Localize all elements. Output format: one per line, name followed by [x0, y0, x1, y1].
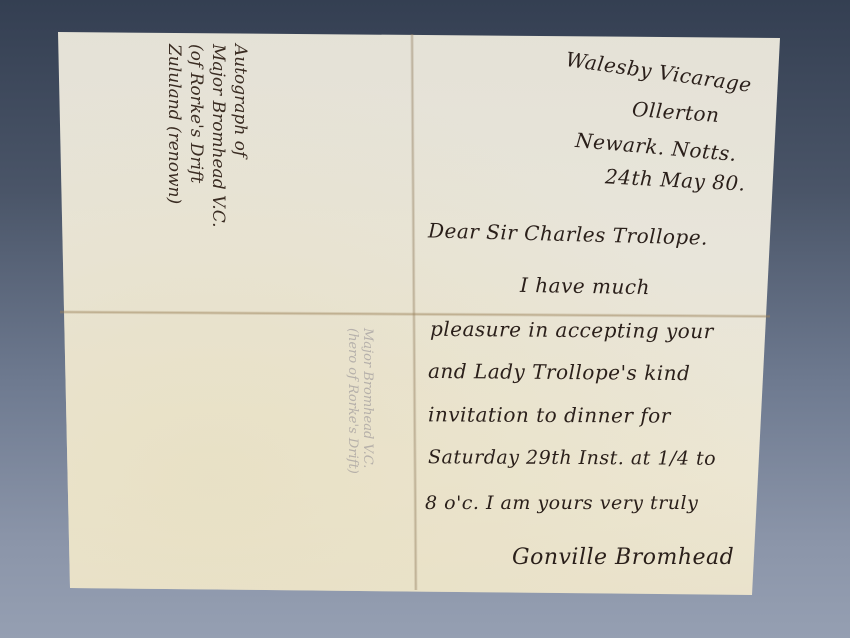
- faint-annotation-line-1: Major Bromhead V.C.: [360, 328, 375, 468]
- annotation-line-2: Major Bromhead V.C.: [208, 44, 228, 228]
- annotation-line-4: Zululand (renown): [164, 44, 184, 204]
- body-line-5: Saturday 29th Inst. at 1/4 to: [428, 446, 716, 470]
- faint-annotation-line-2: (hero of Rorke's Drift): [345, 328, 360, 474]
- body-line-1: I have much: [520, 273, 650, 299]
- body-line-2: pleasure in accepting your: [430, 317, 714, 343]
- signature: Gonville Bromhead: [512, 545, 734, 570]
- annotation-line-1: Autograph of: [230, 44, 250, 157]
- body-line-3: and Lady Trollope's kind: [428, 359, 691, 385]
- body-line-6: 8 o'c. I am yours very truly: [425, 492, 698, 514]
- paper-edge-shading: [0, 0, 850, 638]
- letter-photo: Autograph of Major Bromhead V.C. (of Ror…: [0, 0, 850, 638]
- annotation-line-3: (of Rorke's Drift: [186, 44, 206, 183]
- body-line-4: invitation to dinner for: [428, 402, 671, 427]
